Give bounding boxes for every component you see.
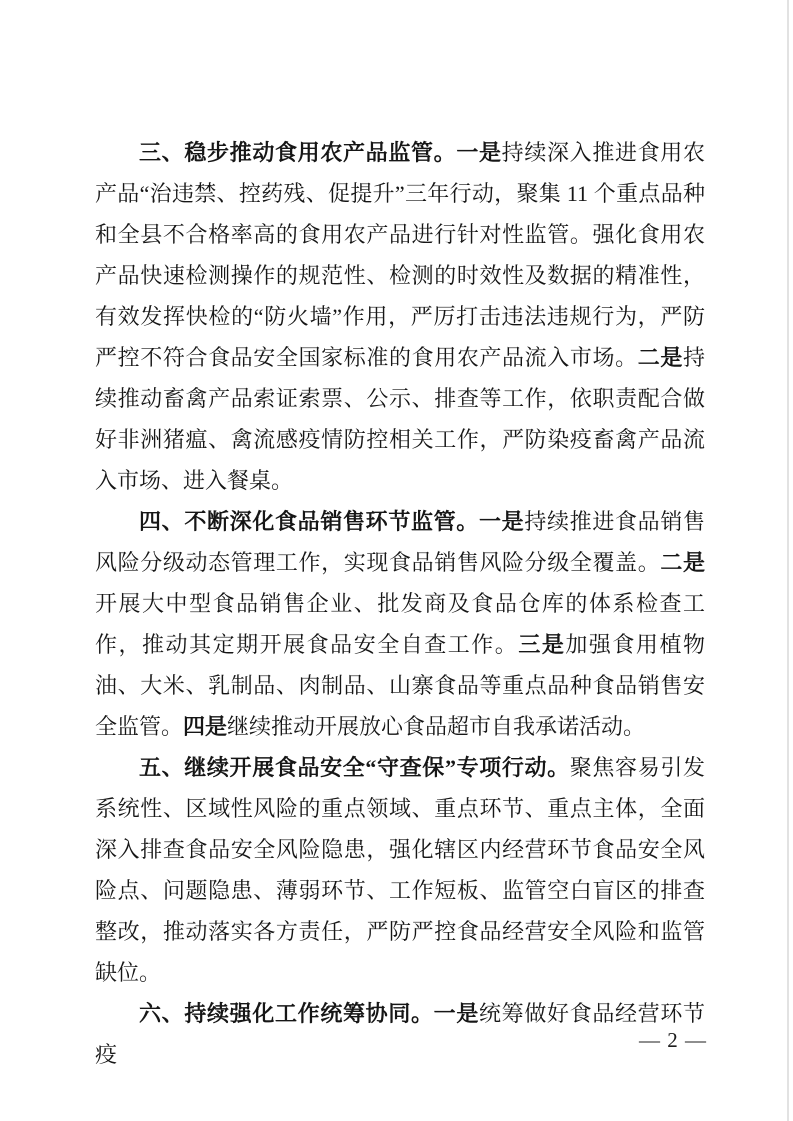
bold-text-segment: 四是 <box>183 714 227 739</box>
page-number: — 2 — <box>639 1028 707 1053</box>
bold-text-segment: 四、不断深化食品销售环节监管。 <box>139 509 479 534</box>
paragraph-section-6: 六、持续强化工作统筹协同。一是统筹做好食品经营环节疫 <box>95 993 705 1075</box>
paragraph-section-5: 五、继续开展食品安全“守查保”专项行动。聚焦容易引发系统性、区域性风险的重点领域… <box>95 747 705 993</box>
bold-text-segment: 二是 <box>638 345 683 370</box>
paragraph-section-4: 四、不断深化食品销售环节监管。一是持续推进食品销售风险分级动态管理工作，实现食品… <box>95 501 705 747</box>
bold-text-segment: 一是 <box>479 509 524 534</box>
page-number-label: — 2 — <box>639 1028 707 1052</box>
paragraph-section-3: 三、稳步推动食用农产品监管。一是持续深入推进食用农产品“治违禁、控药残、促提升”… <box>95 132 705 501</box>
bold-text-segment: 六、持续强化工作统筹协同。 <box>139 1001 434 1026</box>
bold-text-segment: 一是 <box>456 140 501 165</box>
text-segment: 继续推动开展放心食品超市自我承诺活动。 <box>227 714 645 739</box>
bold-text-segment: 二是 <box>660 550 705 575</box>
document-page: 三、稳步推动食用农产品监管。一是持续深入推进食用农产品“治违禁、控药残、促提升”… <box>0 0 793 1121</box>
bold-text-segment: 五、继续开展食品安全“守查保”专项行动。 <box>139 755 570 780</box>
text-segment: 聚焦容易引发系统性、区域性风险的重点领域、重点环节、重点主体，全面深入排查食品安… <box>95 755 705 985</box>
scan-edge-line <box>787 0 789 1121</box>
text-segment: 持续深入推进食用农产品“治违禁、控药残、促提升”三年行动，聚集 11 个重点品种… <box>95 140 705 370</box>
bold-text-segment: 一是 <box>434 1001 479 1026</box>
document-body: 三、稳步推动食用农产品监管。一是持续深入推进食用农产品“治违禁、控药残、促提升”… <box>95 132 705 1075</box>
bold-text-segment: 三是 <box>518 632 565 657</box>
bold-text-segment: 三、稳步推动食用农产品监管。 <box>139 140 456 165</box>
